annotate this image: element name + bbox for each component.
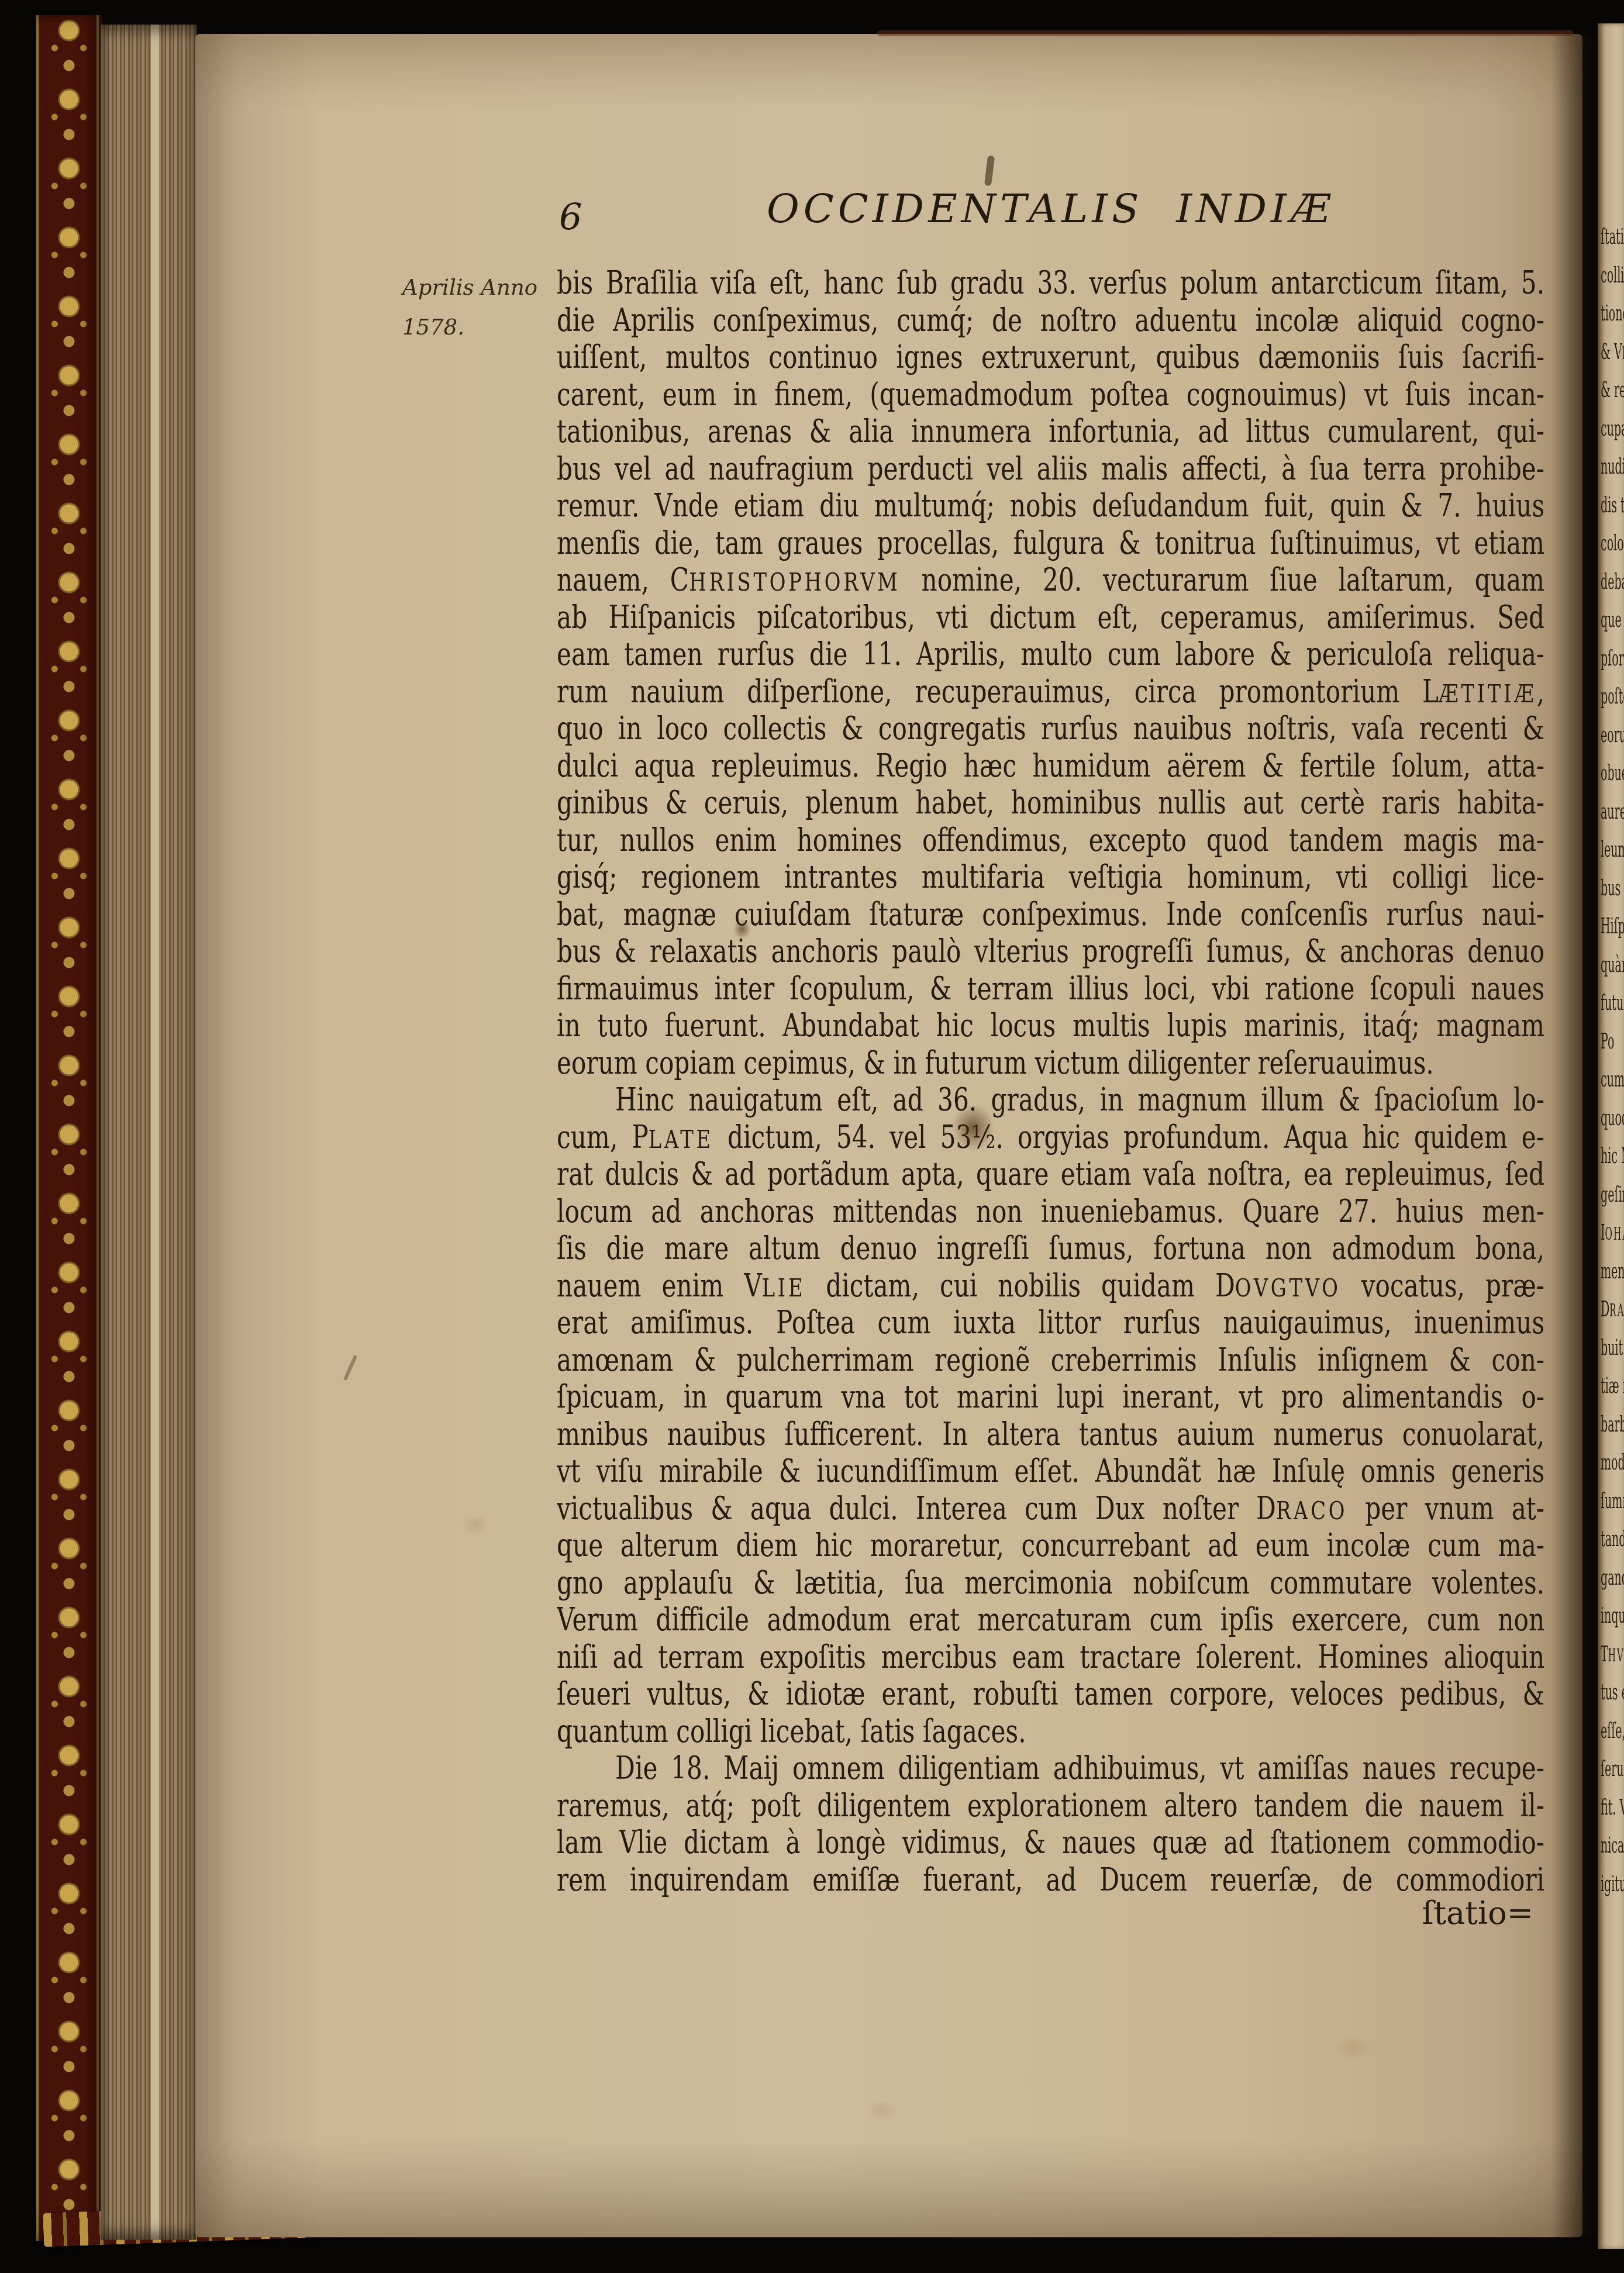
text-line: ab Hiſpanicis piſcatoribus, vti dictum e… (557, 599, 1544, 636)
text-fragment: cumqu (1601, 1060, 1624, 1099)
text-fragment: futuris (1601, 984, 1624, 1022)
text-fragment: nican (1601, 1826, 1624, 1865)
text-line: victualibus & aqua dulci. Interea cum Du… (557, 1490, 1544, 1527)
margin-note-line1: Aprilis Anno (402, 268, 556, 308)
text-fragment: cupare (1601, 409, 1624, 448)
text-fragment: ſtatio (1601, 218, 1624, 256)
text-line: ſis die mare altum denuo ingreſſi ſumus,… (557, 1230, 1544, 1267)
text-fragment: eſſe, & (1601, 1712, 1624, 1750)
text-fragment: que in (1601, 601, 1624, 639)
text-line: quo in loco collectis & congregatis rurſ… (557, 710, 1544, 747)
text-line: remur. Vnde etiam diu multumq́; nobis de… (557, 487, 1544, 525)
text-fragment: gandu (1601, 1558, 1624, 1597)
text-fragment: poſtqu (1601, 677, 1624, 716)
text-line: rem inquirendam emiſſæ fuerant, ad Ducem… (557, 1861, 1544, 1899)
text-fragment: geſima (1601, 1175, 1624, 1214)
text-fragment: deban (1601, 563, 1624, 601)
text-fragment: bus ne (1601, 869, 1624, 908)
text-fragment: tioner (1601, 294, 1624, 333)
gilt-binding-edge (36, 15, 102, 2241)
gutter-shadow (1551, 34, 1598, 2237)
running-title: OCCIDENTALIS INDIÆ (557, 186, 1544, 232)
text-fragment: ſeruan (1601, 1750, 1624, 1788)
margin-note: Aprilis Anno 1578. (402, 268, 556, 347)
text-line: eorum copiam cepimus, & in futurum victu… (557, 1044, 1544, 1082)
text-line: bat, magnæ cuiuſdam ſtaturæ conſpeximus.… (557, 896, 1544, 933)
text-line: tur, nullos enim homines offendimus, exc… (557, 822, 1544, 859)
text-fragment: nudi, (1601, 447, 1624, 486)
text-line: tationibus, arenas & alia innumera infor… (557, 413, 1544, 450)
text-line: nauem, CHRISTOPHORVM nomine, 20. vectura… (557, 561, 1544, 599)
text-fragment: eorum (1601, 716, 1624, 754)
text-line: rat dulcis & ad portãdum apta, quare eti… (557, 1156, 1544, 1193)
text-line: Die 18. Maij omnem diligentiam adhibuimu… (557, 1750, 1544, 1787)
page-stack-edges (101, 25, 196, 2240)
text-fragment: modis (1601, 1443, 1624, 1482)
text-line: Verum difficile admodum erat mercaturam … (557, 1601, 1544, 1639)
text-line: carent, eum in finem, (quemadmodum poſte… (557, 376, 1544, 413)
text-fragment: Po (1601, 1022, 1624, 1061)
text-fragment: leum ſi (1601, 830, 1624, 869)
text-line: in tuto fuerunt. Abundabat hic locus mul… (557, 1007, 1544, 1044)
text-fragment: tander (1601, 1520, 1624, 1558)
text-fragment: collig (1601, 256, 1624, 295)
facing-page-text-fragments: ſtatiocolligtioner& VLI& rebucuparenudi,… (1601, 218, 1624, 1903)
text-line: uiſſent, multos continuo ignes extruxeru… (557, 339, 1544, 376)
text-fragment: quod d (1601, 1099, 1624, 1137)
text-line: raremus, atq́; poſt diligentem explorati… (557, 1787, 1544, 1824)
text-fragment: igitur (1601, 1865, 1624, 1903)
text-line: eam tamen rurſus die 11. Aprilis, multo … (557, 636, 1544, 673)
text-line: menſis die, tam graues procellas, fulgur… (557, 525, 1544, 562)
text-fragment: barbar (1601, 1405, 1624, 1444)
text-line: lam Vlie dictam à longè vidimus, & naues… (557, 1824, 1544, 1861)
text-line: ginibus & ceruis, plenum habet, hominibu… (557, 784, 1544, 822)
text-fragment: colorib (1601, 524, 1624, 563)
text-line: ſeueri vultus, & idiotæ erant, robuſti t… (557, 1675, 1544, 1713)
text-line: bis Braſilia viſa eſt, hanc ſub gradu 33… (557, 264, 1544, 302)
text-line: nauem enim VLIE dictam, cui nobilis quid… (557, 1267, 1544, 1305)
text-fragment: IOHA (1601, 1213, 1624, 1252)
text-fragment: DRAK (1601, 1290, 1624, 1329)
text-fragment: ſumm (1601, 1482, 1624, 1520)
text-line: cum, PLATE dictum, 54. vel 53½. orgyias … (557, 1119, 1544, 1156)
text-line: mnibus nauibus ſufficerent. In altera ta… (557, 1416, 1544, 1453)
catchword: ſtatio= (557, 1895, 1533, 1931)
text-line: bus vel ad naufragium perducti vel aliis… (557, 450, 1544, 488)
text-line: bus & relaxatis anchoris paulò vlterius … (557, 933, 1544, 970)
text-line: dulci aqua repleuimus. Regio hæc humidum… (557, 747, 1544, 785)
text-fragment: buit. I (1601, 1329, 1624, 1367)
text-line: firmauimus inter ſcopulum, & terram illi… (557, 970, 1544, 1008)
margin-note-line2: 1578. (402, 308, 556, 347)
text-line: gno applauſu & lætitia, ſua mercimonia n… (557, 1564, 1544, 1602)
text-fragment: hic M (1601, 1137, 1624, 1175)
text-fragment: inquiſ (1601, 1596, 1624, 1635)
text-fragment: & VLI (1601, 333, 1624, 371)
text-fragment: fit. V (1601, 1788, 1624, 1827)
text-fragment: Hiſpar (1601, 907, 1624, 946)
text-line: amœnam & pulcherrimam regionẽ creberrimi… (557, 1341, 1544, 1379)
text-fragment: dis tec (1601, 486, 1624, 525)
text-fragment: pſorur (1601, 639, 1624, 678)
text-fragment: & rebu (1601, 371, 1624, 409)
text-fragment: THVE, (1601, 1635, 1624, 1674)
text-line: quantum colligi licebat, ſatis ſagaces. (557, 1713, 1544, 1750)
text-fragment: obuerſ (1601, 754, 1624, 792)
text-line: rum nauium diſperſione, recuperauimus, c… (557, 673, 1544, 710)
text-line: locum ad anchoras mittendas non inuenieb… (557, 1193, 1544, 1230)
text-line: Hinc nauigatum eſt, ad 36. gradus, in ma… (557, 1081, 1544, 1119)
text-line: vt viſu mirabile & iucundiſſimum eſſet. … (557, 1453, 1544, 1490)
text-fragment: menta (1601, 1252, 1624, 1291)
text-fragment: tiæ ſig (1601, 1367, 1624, 1405)
text-fragment: quàm p (1601, 946, 1624, 984)
book-photograph: 6 OCCIDENTALIS INDIÆ Aprilis Anno 1578. … (0, 0, 1624, 2273)
board-top-edge (877, 30, 1573, 36)
text-line: niſi ad terram expoſitis mercibus eam tr… (557, 1639, 1544, 1676)
text-fragment: aurea c (1601, 792, 1624, 831)
text-fragment: tus eſt (1601, 1673, 1624, 1712)
facing-page-edge: ſtatiocolligtioner& VLI& rebucuparenudi,… (1598, 23, 1624, 2249)
text-line: que alterum diem hic moraretur, concurre… (557, 1527, 1544, 1564)
text-line: ſpicuam, in quarum vna tot marini lupi i… (557, 1378, 1544, 1416)
text-line: gisq́; regionem intrantes multifaria veſ… (557, 858, 1544, 896)
body-text: bis Braſilia viſa eſt, hanc ſub gradu 33… (557, 264, 1544, 1898)
text-line: erat amiſimus. Poſtea cum iuxta littor r… (557, 1304, 1544, 1341)
text-line: die Aprilis conſpeximus, cumq́; de noſtr… (557, 302, 1544, 339)
